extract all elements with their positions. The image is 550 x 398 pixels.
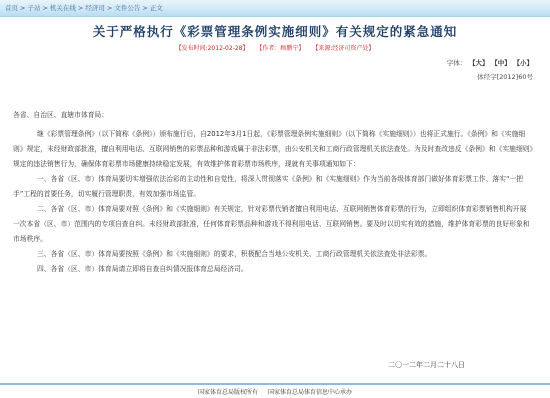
font-size-medium-button[interactable]: 【中】 [495,59,511,67]
breadcrumb-agency-online[interactable]: 机关在线 [50,4,76,12]
top-nav-bar: 首页>子站>机关在线>经济司>文件公告>正文 [0,0,550,17]
font-size-selector: 字体：【大】【中】【小】 [447,58,533,67]
breadcrumb-separator: > [20,4,25,12]
author: 【作者：顾鹏宁】 [256,45,304,52]
breadcrumb-substation[interactable]: 子站 [27,4,40,12]
breadcrumb-separator: > [142,4,147,12]
paragraph-item-2: 二、各省（区、市）体育局要对照《条例》和《实施细则》有关规定，针对彩票代销者擅自… [13,202,533,247]
breadcrumb-announcements[interactable]: 文件公告 [114,4,140,12]
greeting: 各省、自治区、直辖市体育局： [13,108,533,123]
font-size-label: 字体： [447,59,467,67]
breadcrumb-home[interactable]: 首页 [5,4,18,12]
source: 【来源:经济司资产处】 [312,45,374,52]
article-meta: 【发布时间:2012-02-28】 【作者：顾鹏宁】 【来源:经济司资产处】 [0,43,550,52]
paragraph-item-4: 四、各省（区、市）体育局请立即将自查自纠情况报体育总局经济司。 [13,262,533,277]
footer: 国家体育总局版权所有 国家体育总局体育信息中心承办 [0,387,550,396]
paragraph-item-1: 一、各省（区、市）体育局要切实增强依法治彩的主动性和自觉性，将深入贯彻落实《条例… [13,172,533,202]
breadcrumb-separator: > [78,4,83,12]
paragraph-item-3: 三、各省（区、市）体育局要按照《条例》和《实施细则》的要求，积极配合当地公安机关… [13,247,533,262]
paragraph-intro: 继《彩票管理条例》（以下简称《条例》）颁布施行后，自2012年3月1日起，《彩票… [13,127,533,172]
breadcrumb-economic-dept[interactable]: 经济司 [85,4,105,12]
font-size-large-button[interactable]: 【大】 [472,59,488,67]
article-body: 各省、自治区、直辖市体育局： 继《彩票管理条例》（以下简称《条例》）颁布施行后，… [13,108,533,277]
publish-time: 【发布时间:2012-02-28】 [176,45,249,52]
document-number: 体经字[2012]60号 [477,72,533,81]
font-size-small-button[interactable]: 【小】 [517,59,533,67]
breadcrumb: 首页>子站>机关在线>经济司>文件公告>正文 [5,3,163,13]
breadcrumb-current: 正文 [150,4,163,12]
footer-copyright: 国家体育总局版权所有 [198,389,258,396]
footer-operator: 国家体育总局体育信息中心承办 [268,389,352,396]
breadcrumb-separator: > [107,4,112,12]
footer-divider [0,383,550,385]
page-title: 关于严格执行《彩票管理条例实施细则》有关规定的紧急通知 [0,22,550,40]
signature-date: 二〇一二年二月二十八日 [388,360,465,370]
breadcrumb-separator: > [42,4,47,12]
